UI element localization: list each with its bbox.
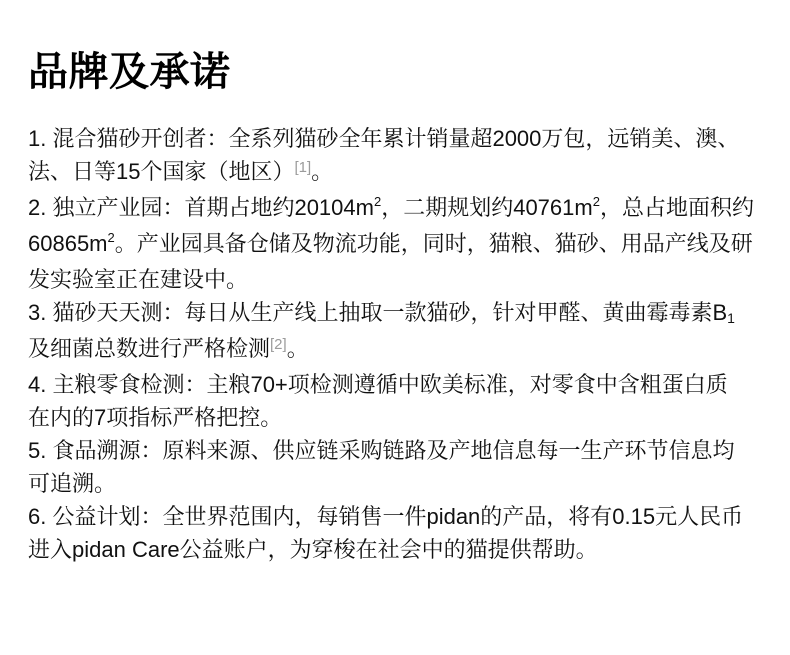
text-segment: 发实验室正在建设中。 <box>28 267 248 292</box>
text-segment: ，总占地面积约 <box>600 195 754 220</box>
text-segment: 。 <box>287 336 309 361</box>
text-segment: 进入pidan Care公益账户，为穿梭在社会中的猫提供帮助。 <box>28 537 598 562</box>
commitment-list: 1. 混合猫砂开创者：全系列猫砂全年累计销量超2000万包，远销美、澳、法、日等… <box>28 122 790 566</box>
text-segment: 2 <box>108 230 115 245</box>
text-segment: 5. 食品溯源：原料来源、供应链采购链路及产地信息每一生产环节信息均 <box>28 438 734 463</box>
text-segment: 3. 猫砂天天测：每日从生产线上抽取一款猫砂，针对甲醛、黄曲霉毒素B <box>28 300 727 325</box>
text-segment: 60865m <box>28 231 108 256</box>
brand-commitments-section: 品牌及承诺 1. 混合猫砂开创者：全系列猫砂全年累计销量超2000万包，远销美、… <box>0 0 790 655</box>
commitment-item: 1. 混合猫砂开创者：全系列猫砂全年累计销量超2000万包，远销美、澳、法、日等… <box>28 122 790 191</box>
text-segment: 4. 主粮零食检测：主粮70+项检测遵循中欧美标准，对零食中含粗蛋白质 <box>28 372 728 397</box>
reference-marker: [2] <box>270 336 287 353</box>
text-segment: 2 <box>593 194 600 209</box>
text-segment: 6. 公益计划：全世界范围内，每销售一件pidan的产品，将有0.15元人民币 <box>28 504 743 529</box>
commitment-item: 6. 公益计划：全世界范围内，每销售一件pidan的产品，将有0.15元人民币进… <box>28 500 790 566</box>
text-segment: 2 <box>374 194 381 209</box>
text-segment: 法、日等15个国家（地区） <box>28 159 294 184</box>
reference-marker: [1] <box>294 159 311 176</box>
commitment-item: 5. 食品溯源：原料来源、供应链采购链路及产地信息每一生产环节信息均可追溯。 <box>28 434 790 500</box>
commitment-item: 2. 独立产业园：首期占地约20104m2，二期规划约40761m2，总占地面积… <box>28 191 790 296</box>
commitment-item: 3. 猫砂天天测：每日从生产线上抽取一款猫砂，针对甲醛、黄曲霉毒素B1及细菌总数… <box>28 296 790 368</box>
section-title: 品牌及承诺 <box>28 52 764 92</box>
text-segment: 1 <box>727 310 735 326</box>
text-segment: 在内的7项指标严格把控。 <box>28 405 282 430</box>
text-segment: 及细菌总数进行严格检测 <box>28 336 270 361</box>
text-segment: 。 <box>311 159 333 184</box>
text-segment: 可追溯。 <box>28 471 116 496</box>
text-segment: 2. 独立产业园：首期占地约20104m <box>28 195 374 220</box>
commitment-item: 4. 主粮零食检测：主粮70+项检测遵循中欧美标准，对零食中含粗蛋白质在内的7项… <box>28 368 790 434</box>
text-segment: 1. 混合猫砂开创者：全系列猫砂全年累计销量超2000万包，远销美、澳、 <box>28 126 739 151</box>
text-segment: ，二期规划约40761m <box>381 195 593 220</box>
text-segment: 。产业园具备仓储及物流功能，同时，猫粮、猫砂、用品产线及研 <box>115 231 753 256</box>
